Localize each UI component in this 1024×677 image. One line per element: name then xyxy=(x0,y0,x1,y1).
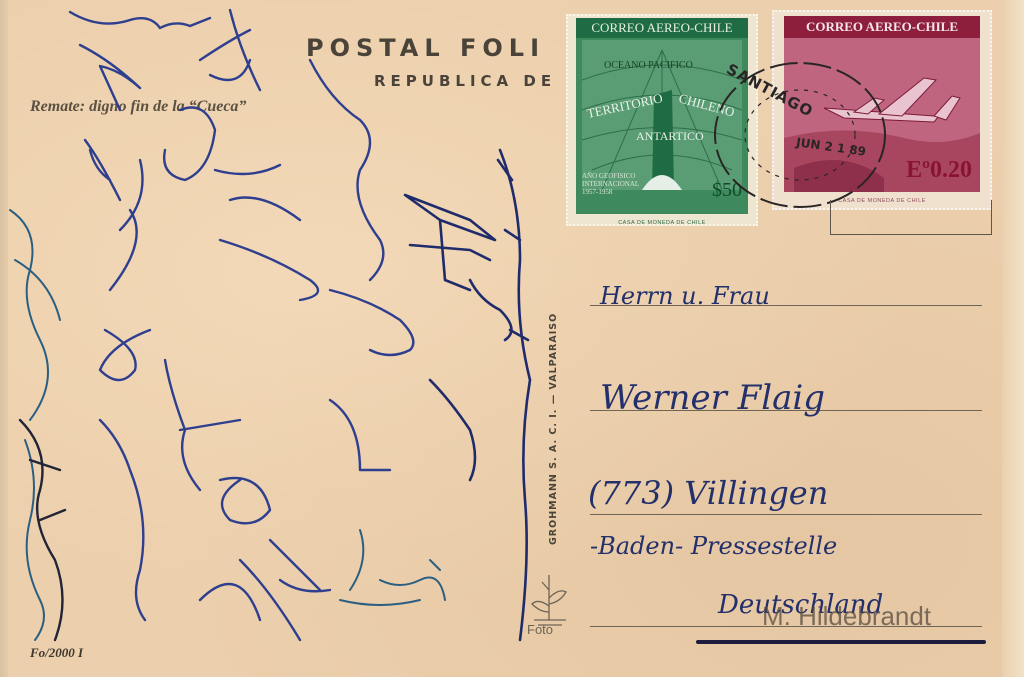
address-line-rule xyxy=(590,514,982,515)
card-edge-left xyxy=(0,0,8,677)
svg-text:OCEANO PACIFICO: OCEANO PACIFICO xyxy=(604,60,693,71)
publisher-imprint: GROHMANN S. A. C. I. — VALPARAISO xyxy=(548,313,559,545)
stamp-value: Eº0.20 xyxy=(906,157,972,184)
postmark-circle-icon xyxy=(690,40,900,220)
watermark: M. Hildebrandt xyxy=(762,601,931,632)
stamp-printer: CASA DE MONEDA DE CHILE xyxy=(576,220,748,226)
foto-logo-text: Foto xyxy=(527,622,553,637)
series-code: Fo/2000 I xyxy=(30,645,83,661)
country-underline xyxy=(696,640,986,644)
postcard-back: POSTAL FOLI REPUBLICA DE Remate: digno f… xyxy=(0,0,1024,677)
stamp-header: CORREO AEREO-CHILE xyxy=(576,18,748,38)
photo-caption: Remate: digno fin de la “Cueca” xyxy=(30,98,246,116)
address-recipient-name: Werner Flaig xyxy=(600,378,825,418)
postcard-title: POSTAL FOLI xyxy=(306,34,545,62)
address-street: -Baden- Pressestelle xyxy=(590,532,837,560)
stamp-placement-box xyxy=(830,200,992,235)
address-recipient-salutation: Herrn u. Frau xyxy=(600,282,770,310)
postcard-subtitle: REPUBLICA DE xyxy=(374,72,556,90)
stamp-inscription: AÑO GEOFISICO INTERNACIONAL 1957-1958 xyxy=(582,172,652,196)
card-edge-right xyxy=(1002,0,1024,677)
address-city: (773) Villingen xyxy=(588,474,828,512)
stamp-header: CORREO AEREO-CHILE xyxy=(784,16,980,38)
